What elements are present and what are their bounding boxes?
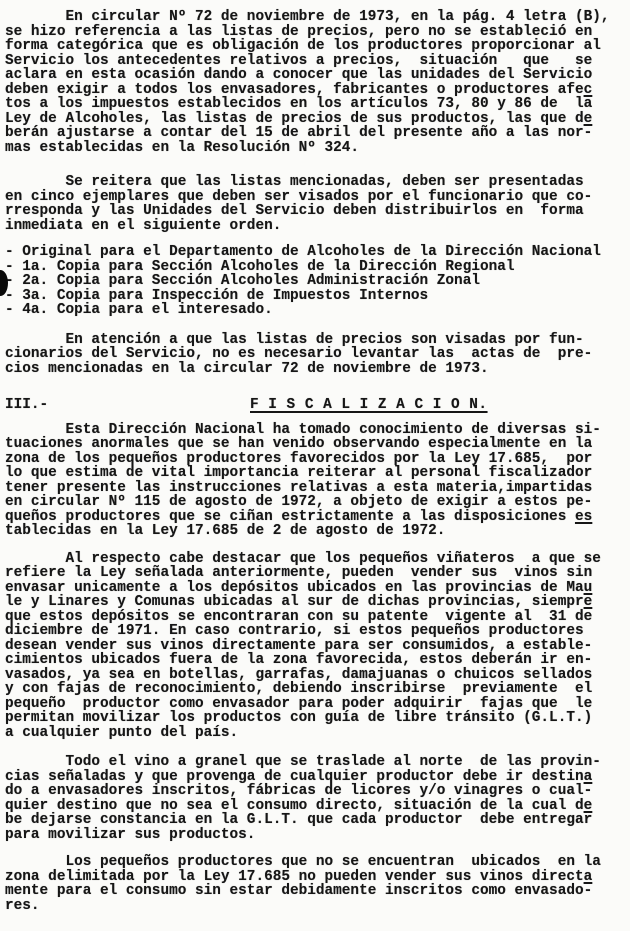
section-title: F I S C A L I Z A C I O N. [250, 397, 488, 413]
text-line: zona de los pequeños productores favorec… [5, 452, 616, 467]
document-body: En circular Nº 72 de noviembre de 1973, … [5, 10, 616, 913]
text-line: quier destino que no sea el consumo dire… [5, 799, 616, 814]
text-line: Ley de Alcoholes, las listas de precios … [5, 112, 616, 127]
text-line: - 2a. Copia para Sección Alcoholes Admin… [5, 274, 616, 289]
text-line: vasados, ya sea en botellas, garrafas, d… [5, 668, 616, 683]
text-line: En circular Nº 72 de noviembre de 1973, … [5, 10, 616, 25]
text-line: do a envasadores inscritos, fábricas de … [5, 784, 616, 799]
text-line: rresponda y las Unidades del Servicio de… [5, 204, 616, 219]
scanned-document-page: En circular Nº 72 de noviembre de 1973, … [0, 0, 630, 931]
distribution-list: - Original para el Departamento de Alcoh… [5, 245, 616, 318]
text-line: En atención a que las listas de precios … [5, 333, 616, 348]
text-line: y con fajas de reconocimiento, debiendo … [5, 682, 616, 697]
text-line: mente para el consumo sin estar debidame… [5, 884, 616, 899]
text-line: Todo el vino a granel que se traslade al… [5, 755, 616, 770]
section-number: III.- [5, 398, 250, 413]
text-segment: es [575, 509, 592, 525]
text-line: para movilizar sus productos. [5, 828, 616, 843]
text-line: - 3a. Copia para Inspección de Impuestos… [5, 289, 616, 304]
text-line: que estos depósitos se encontraran con s… [5, 610, 616, 625]
text-segment: cios mencionadas en la circular 72 de no… [5, 361, 489, 377]
text-line: mas establecidas en la Resolución Nº 324… [5, 141, 616, 156]
text-line: inmediata en el siguiente orden. [5, 219, 616, 234]
section-heading-fiscalizacion: III.-F I S C A L I Z A C I O N. [5, 398, 616, 413]
text-line: cionarios del Servicio, no es necesario … [5, 347, 616, 362]
text-line: envasar unicamente a los depósitos ubica… [5, 581, 616, 596]
text-line: deben exigir a todos los envasadores, fa… [5, 83, 616, 98]
text-line: en cinco ejemplares que deben ser visado… [5, 190, 616, 205]
paragraph-los-pequenos: Los pequeños productores que no se encue… [5, 855, 616, 913]
text-line: be dejarse constancia en la G.L.T. que c… [5, 813, 616, 828]
text-segment: tablecidas en la Ley 17.685 de 2 de agos… [5, 523, 445, 539]
text-segment: para movilizar sus productos. [5, 827, 255, 843]
text-segment: a cualquier punto del país. [5, 725, 238, 741]
paragraph-esta-direccion: Esta Dirección Nacional ha tomado conoci… [5, 423, 616, 539]
text-line: Esta Dirección Nacional ha tomado conoci… [5, 423, 616, 438]
text-line: le y Linares y Comunas ubicadas al sur d… [5, 595, 616, 610]
paragraph-cinco-ejemplares: Se reitera que las listas mencionadas, d… [5, 175, 616, 233]
text-line: - 1a. Copia para Sección Alcoholes de la… [5, 260, 616, 275]
text-segment: mente para el consumo sin estar debidame… [5, 883, 592, 899]
text-line: tos a los impuestos establecidos en los … [5, 97, 616, 112]
text-segment: - 4a. Copia para el interesado. [5, 302, 273, 318]
text-line: en circular Nº 115 de agosto de 1972, a … [5, 495, 616, 510]
text-line: aclara en esta ocasión dando a conocer q… [5, 68, 616, 83]
text-line: cias señaladas y que provenga de cualqui… [5, 770, 616, 785]
text-line: Se reitera que las listas mencionadas, d… [5, 175, 616, 190]
text-line: cios mencionadas en la circular 72 de no… [5, 362, 616, 377]
text-line: cimientos ubicados fuera de la zona favo… [5, 653, 616, 668]
text-line: - 4a. Copia para el interesado. [5, 303, 616, 318]
text-segment: res. [5, 898, 40, 914]
text-line: tuaciones anormales que se han venido ob… [5, 437, 616, 452]
text-line: tablecidas en la Ley 17.685 de 2 de agos… [5, 524, 616, 539]
text-line: permitan movilizar los productos con guí… [5, 711, 616, 726]
text-line: queños productores que se ciñan estricta… [5, 510, 616, 525]
text-line: pequeño productor como envasador para po… [5, 697, 616, 712]
text-line: diciembre de 1971. En caso contrario, si… [5, 624, 616, 639]
text-line: a cualquier punto del país. [5, 726, 616, 741]
text-line: zona delimitada por la Ley 17.685 no pue… [5, 870, 616, 885]
text-line: refiere la Ley señalada anteriormente, p… [5, 566, 616, 581]
text-line: se hizo referencia a las listas de preci… [5, 25, 616, 40]
text-segment: mas establecidas en la Resolución Nº 324… [5, 140, 359, 156]
text-line: lo que estima de vital importancia reite… [5, 466, 616, 481]
text-line: Los pequeños productores que no se encue… [5, 855, 616, 870]
text-line: desean vender sus vinos directamente par… [5, 639, 616, 654]
text-segment: inmediata en el siguiente orden. [5, 218, 281, 234]
paragraph-en-atencion: En atención a que las listas de precios … [5, 333, 616, 377]
paragraph-todo-el-vino: Todo el vino a granel que se traslade al… [5, 755, 616, 842]
paragraph-al-respecto: Al respecto cabe destacar que los pequeñ… [5, 552, 616, 741]
text-line: res. [5, 899, 616, 914]
text-line: Al respecto cabe destacar que los pequeñ… [5, 552, 616, 567]
text-line: Servicio los antecedentes relativos a pr… [5, 54, 616, 69]
text-line: tener presente las instrucciones relativ… [5, 481, 616, 496]
text-line: forma categórica que es obligación de lo… [5, 39, 616, 54]
text-line: berán ajustarse a contar del 15 de abril… [5, 126, 616, 141]
text-line: - Original para el Departamento de Alcoh… [5, 245, 616, 260]
paragraph-circular-72: En circular Nº 72 de noviembre de 1973, … [5, 10, 616, 155]
